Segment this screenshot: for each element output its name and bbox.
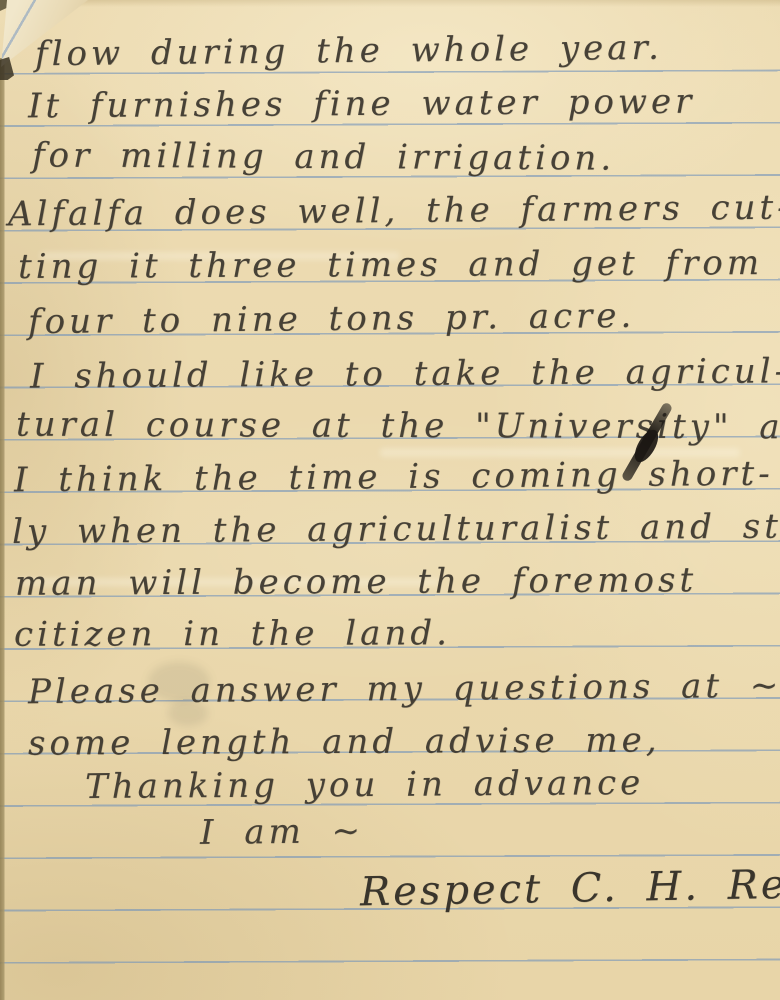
corner-fold-shadow <box>0 57 14 80</box>
handwritten-line: for milling and irrigation. <box>32 133 615 180</box>
letter-sheet: flow during the whole year. It furnishes… <box>0 0 780 1000</box>
signature: Respect C. H. Reed. <box>360 862 780 915</box>
handwritten-line: ly when the agriculturalist and stock- <box>12 504 780 554</box>
handwritten-line: man will become the foremost <box>15 558 697 606</box>
page-left-edge <box>0 58 5 1000</box>
handwritten-line: I am ~ <box>200 809 364 855</box>
handwritten-line: ting it three times and get from <box>18 241 763 289</box>
handwritten-line: flow during the whole year. <box>35 26 663 77</box>
handwritten-line: Thanking you in advance <box>85 761 645 809</box>
handwritten-line: some length and advise me, <box>28 718 661 765</box>
handwritten-line: Alfalfa does well, the farmers cut- <box>8 186 780 237</box>
handwritten-line: citizen in the land. <box>14 611 451 657</box>
handwritten-line: four to nine tons pr. acre. <box>28 294 636 344</box>
handwritten-line: I think the time is coming short- <box>14 452 774 503</box>
handwritten-line: I should like to take the agricul- <box>30 349 780 398</box>
handwritten-line: Please answer my questions at ~ <box>28 664 780 715</box>
handwritten-line: It furnishes fine water power <box>28 80 696 129</box>
